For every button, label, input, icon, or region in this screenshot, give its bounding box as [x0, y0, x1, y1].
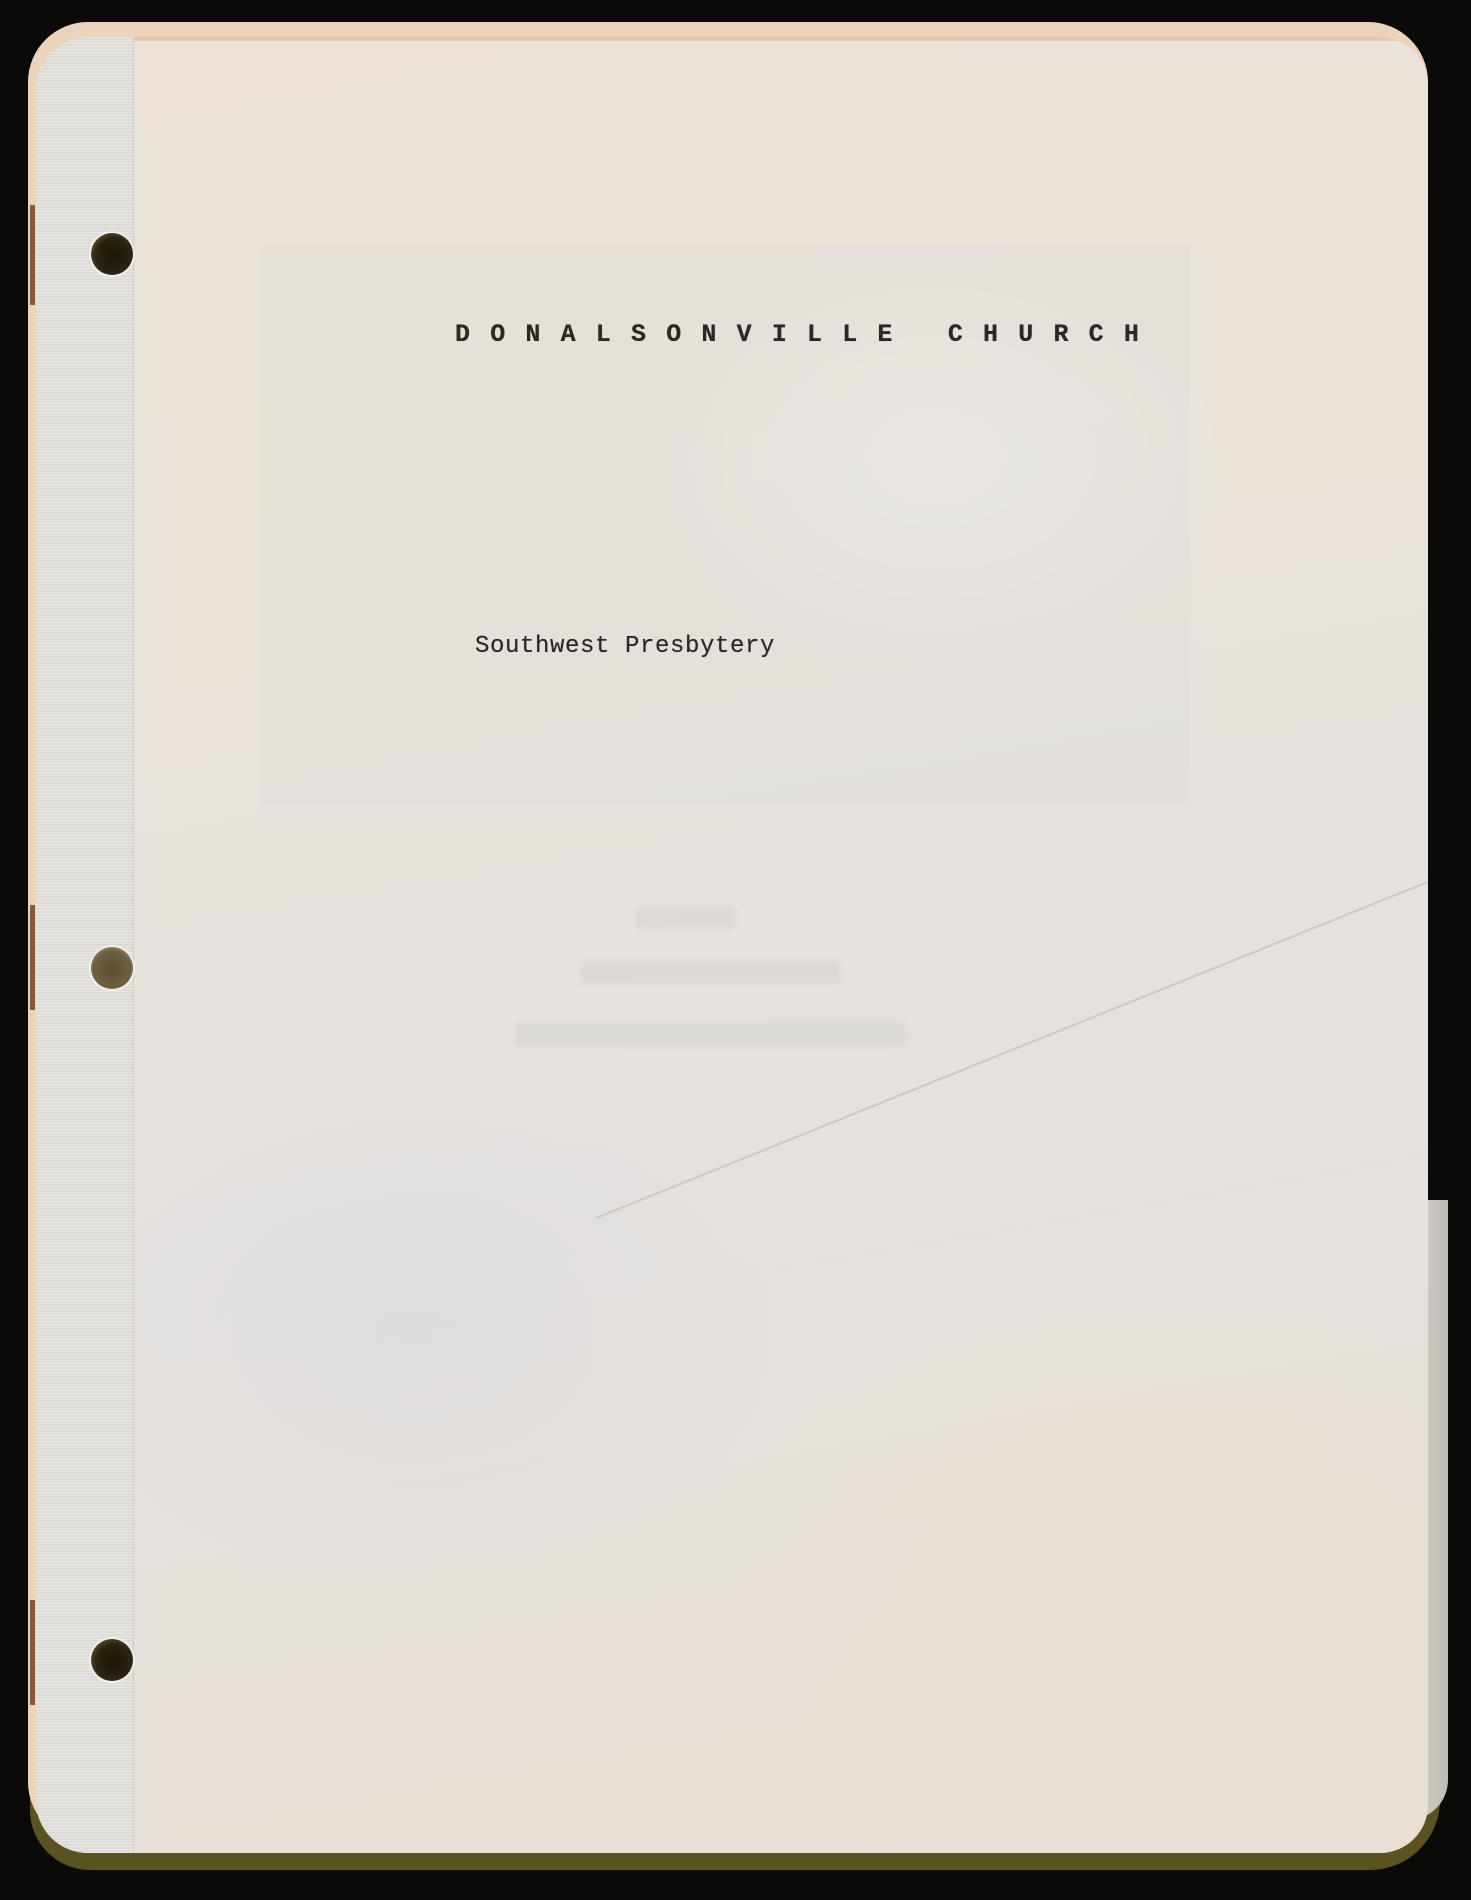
punch-hole-icon — [91, 1639, 133, 1681]
binding-edge-mark — [30, 905, 35, 1010]
scan-background: DONALSONVILLE CHURCH Southwest Presbyter… — [0, 0, 1471, 1900]
punch-hole-icon — [91, 947, 133, 989]
binding-reinforcement-strip — [36, 37, 134, 1853]
binding-edge-mark — [30, 1600, 35, 1705]
paper-crease — [596, 880, 1428, 1219]
document-title: DONALSONVILLE CHURCH — [455, 320, 1159, 350]
document-page: DONALSONVILLE CHURCH Southwest Presbyter… — [36, 37, 1428, 1853]
page-top-edge — [133, 37, 1428, 41]
show-through-text — [636, 907, 736, 929]
punch-hole-icon — [91, 233, 133, 275]
show-through-text — [516, 1022, 906, 1046]
binding-edge-mark — [30, 205, 35, 305]
document-subtitle: Southwest Presbytery — [475, 632, 775, 662]
show-through-text — [581, 962, 841, 984]
